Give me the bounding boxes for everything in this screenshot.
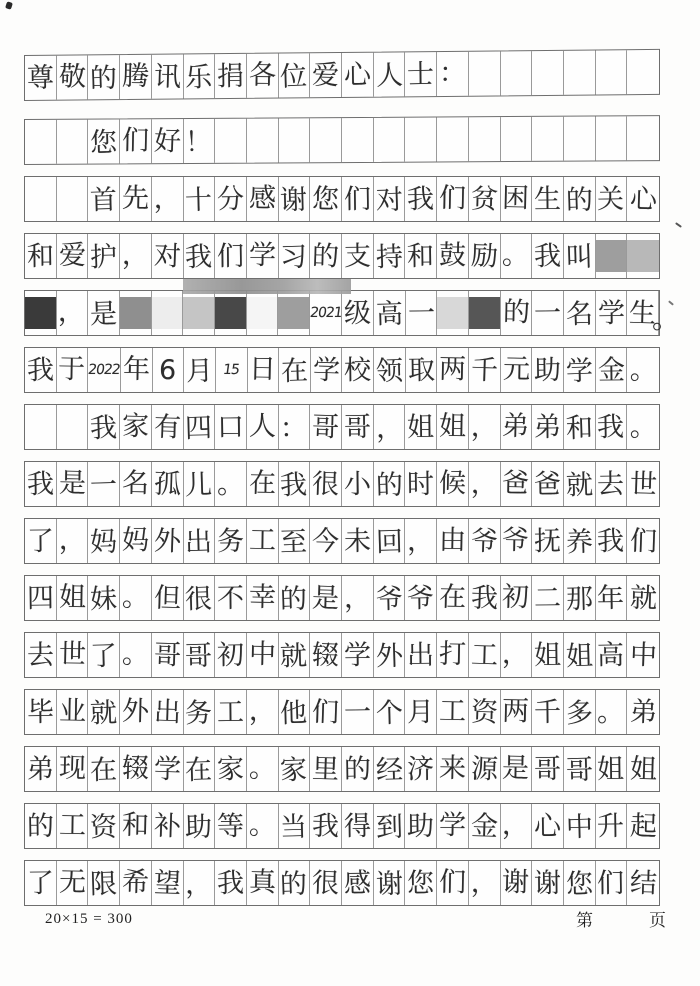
handwritten-character: 初 [502,583,530,611]
grid-cell: 学 [152,747,184,791]
grid-cell: 先 [120,177,152,221]
grid-cell: 爷 [405,576,437,620]
handwritten-character: 不 [217,584,244,611]
scan-speck [5,1,13,10]
grid-cell: 15 [216,348,248,392]
grid-row-3: 首先，十分感谢您们对我们贫困生的关心 [24,176,660,222]
handwritten-character: ， [58,298,86,326]
grid-cell: 哥 [152,633,184,677]
handwritten-character: 哥 [312,413,340,441]
handwritten-character: 。 [502,241,530,269]
grid-cell: 辍 [310,633,342,677]
grid-cell [469,291,501,335]
handwritten-character: 工 [439,697,467,725]
handwritten-character: 了 [90,642,118,670]
grid-cell: 弟 [627,690,659,734]
handwritten-character: 学 [565,357,593,385]
handwritten-character: 很 [185,585,213,613]
grid-cell: 是 [88,291,120,335]
handwritten-character: 心 [344,61,371,89]
grid-cell: 元 [501,348,533,392]
handwritten-character: 姐 [439,412,467,440]
handwritten-character: 学 [344,641,371,668]
grid-cell [247,118,279,162]
handwritten-character: 中 [565,813,593,841]
redaction-block [596,240,627,272]
grid-cell: 士 [405,52,437,96]
grid-cell: 出 [152,690,184,734]
grid-cell: 尊 [25,56,57,100]
grid-cell: ， [152,177,184,221]
handwritten-character: 无 [58,868,86,896]
handwritten-character: 很 [312,869,340,897]
handwritten-character: 我 [27,470,54,497]
grid-cell: 谢 [279,177,311,221]
handwritten-character: 弟 [534,413,561,440]
grid-cell: 弟 [532,405,564,449]
grid-cell: 今 [310,519,342,563]
redaction-block [25,297,56,329]
handwritten-character: 那 [565,585,593,613]
grid-cell: 两 [501,690,533,734]
handwritten-character: 学 [597,299,624,326]
handwritten-character: 金 [597,356,624,383]
handwritten-character: 四 [185,414,213,442]
grid-cell: 我 [25,462,57,506]
grid-cell: 儿 [184,462,216,506]
handwritten-character: 出 [153,698,181,726]
grid-cell [57,120,89,164]
page-prefix-label: 第 [576,906,593,931]
grid-row-14: 的工资和补助等。当我得到助学金，心中升起 [24,803,660,849]
grid-cell: 助 [532,348,564,392]
handwritten-character: 家 [122,412,150,440]
handwritten-character: 我 [280,471,308,499]
grid-cell: 爷 [374,576,406,620]
handwritten-character: 现 [58,754,86,782]
handwritten-character: 就 [280,642,308,670]
handwritten-character: 名 [122,469,150,497]
grid-cell [596,116,628,160]
grid-cell: 们 [120,119,152,163]
grid-cell: 中 [627,633,659,677]
handwritten-character: 爷 [502,526,530,554]
grid-cell [25,120,57,164]
grid-cell: 和 [25,234,57,278]
handwritten-character: 外 [375,642,403,670]
handwritten-character: 姐 [565,642,593,670]
handwritten-character: 的 [344,755,371,782]
handwritten-character: 十 [185,186,213,214]
grid-cell: 资 [88,804,120,848]
handwritten-character: 哥 [153,641,181,669]
grid-cell: 那 [564,576,596,620]
grid-cell: 了 [25,861,57,905]
grid-cell: 世 [627,462,659,506]
handwritten-character: 您 [312,185,340,213]
grid-cell: 对 [374,177,406,221]
grid-cell: 和 [564,405,596,449]
grid-cell [57,405,89,449]
page-number-footer: 第 页 [576,906,666,931]
grid-cell [25,177,57,221]
handwritten-character: 困 [502,184,530,212]
handwritten-character: 感 [248,184,276,212]
grid-cell: 2022 [88,348,121,392]
grid-cell: 在 [247,462,279,506]
grid-cell: ， [469,462,501,506]
handwritten-character: 四 [27,584,54,611]
grid-cell: 我 [215,861,247,905]
grid-cell: 的 [564,177,596,221]
grid-cell: 哥 [532,747,564,791]
grid-cell: 外 [120,690,152,734]
grid-cell: 妈 [120,519,152,563]
handwritten-character: 了 [27,869,54,896]
grid-cell: 年 [596,576,628,620]
handwritten-character: 学 [153,755,181,783]
grid-cell [564,51,596,95]
handwritten-character: 校 [344,356,371,383]
grid-cell: 家 [215,747,247,791]
grid-cell: 外 [152,519,184,563]
grid-cell: 名 [564,291,596,335]
grid-cell: 辍 [120,747,152,791]
grid-cell [627,234,659,278]
handwritten-character: 和 [407,242,434,269]
handwritten-character: 讯 [153,63,181,91]
grid-cell: 业 [57,690,89,734]
grid-row-6: 我于2022年6月15日在学校领取两千元助学金。 [24,347,660,393]
handwritten-character: 业 [58,697,86,725]
handwritten-character: 爸 [534,470,561,497]
grid-cell: 好 [152,119,184,163]
handwritten-character: 一 [90,471,118,499]
handwritten-character: 助 [407,812,434,839]
handwritten-character: 关 [597,185,624,212]
grid-cell: 当 [279,804,311,848]
grid-cell [469,117,501,161]
grid-cell: ， [501,804,533,848]
grid-cell: 讯 [152,54,184,98]
handwritten-character: 各 [248,61,276,88]
grid-cell: 谢 [532,861,564,905]
handwritten-character: 两 [502,697,530,725]
handwritten-character: 。 [248,811,276,839]
grid-cell: 一 [88,462,120,506]
grid-cell: 支 [342,234,374,278]
grid-cell: 金 [469,804,501,848]
grid-cell: 是 [310,576,342,620]
grid-cell [215,119,247,163]
handwritten-character: 到 [375,813,403,841]
handwritten-character: 2022 [87,363,121,377]
grid-cell [532,117,564,161]
handwritten-character: 辍 [312,641,340,669]
grid-cell: 两 [437,348,469,392]
grid-cell: 千 [532,690,564,734]
handwritten-character: 工 [248,526,276,554]
handwritten-character: ， [470,869,498,897]
handwritten-character: 很 [312,470,340,498]
grid-cell: 务 [215,519,247,563]
grid-cell: 您 [310,177,342,221]
grid-cell: 爸 [501,462,533,506]
handwritten-character: 的 [90,64,118,92]
grid-row-8: 我是一名孤儿。在我很小的时候，爸爸就去世 [24,461,660,507]
handwritten-character: 2021 [309,306,343,320]
grid-cell: 了 [25,519,57,563]
handwritten-character: 您 [565,870,593,898]
grid-cell: ， [57,291,89,335]
handwritten-character: 和 [27,242,54,269]
grid-cell: 是 [57,462,89,506]
grid-row-11: 去世了。哥哥初中就辍学外出打工，姐姐高中 [24,632,660,678]
grid-capacity-label: 20×15 = 300 [45,911,133,928]
handwritten-character: 分 [217,185,244,212]
handwritten-character: 我 [534,242,561,269]
grid-cell: 出 [184,519,216,563]
grid-cell: 我 [184,234,216,278]
handwritten-character: 中 [248,640,276,668]
handwritten-character: 爷 [470,527,498,555]
grid-cell: 望 [152,861,184,905]
handwritten-character: 孤 [153,470,181,498]
grid-cell: 很 [310,462,342,506]
grid-cell: 弟 [25,747,57,791]
grid-cell: 助 [184,804,216,848]
handwritten-character: 助 [185,813,213,841]
grid-cell: 哥 [310,405,342,449]
grid-cell: 名 [120,462,152,506]
grid-row-1: 尊敬的腾讯乐捐各位爱心人士： [24,49,660,101]
handwritten-character: 是 [58,469,86,497]
grid-cell: ： [437,52,469,96]
grid-row-4: 和爱护，对我们学习的支持和鼓励。我叫 [24,233,660,279]
handwritten-character: 姐 [534,641,561,668]
handwritten-character: 持 [375,243,403,271]
handwritten-character: 一 [407,299,434,326]
grid-cell: 爷 [469,519,501,563]
handwritten-character: 出 [407,641,434,668]
handwritten-character: 姐 [597,755,624,782]
handwritten-character: 高 [376,300,404,328]
handwritten-character: 的 [27,812,54,839]
handwritten-character: 我 [312,812,340,840]
handwritten-character: 护 [90,243,118,271]
grid-row-12: 毕业就外出务工，他们一个月工资两千多。弟 [24,689,660,735]
handwritten-character: 一 [534,299,561,326]
grid-cell: 助 [405,804,437,848]
grid-cell [596,50,628,94]
grid-cell: 个 [374,690,406,734]
handwritten-character: 去 [597,470,624,497]
handwritten-character: 幸 [248,583,276,611]
grid-cell: 回 [374,519,406,563]
handwritten-character: 资 [470,698,498,726]
grid-cell: 姐 [627,747,659,791]
handwritten-character: 工 [217,698,244,725]
redaction-block [247,297,278,329]
grid-cell: 我 [25,348,57,392]
handwritten-character: 叫 [565,243,593,271]
grid-row-2: 您们好！ [24,115,660,165]
handwritten-character: 在 [439,583,467,611]
grid-cell: 多 [564,690,596,734]
handwritten-character: ， [153,185,181,213]
handwritten-character: 是 [90,300,118,328]
grid-cell: ， [120,234,152,278]
grid-cell: 我 [596,405,628,449]
grid-cell: ， [374,405,406,449]
handwritten-character: ， [375,414,403,442]
grid-cell: 在 [279,348,311,392]
grid-row-9: 了，妈妈外出务工至今未回，由爷爷抚养我们 [24,518,660,564]
handwritten-character: 。 [248,754,276,782]
grid-cell: 很 [310,861,342,905]
grid-row-15: 了无限希望，我真的很感谢您们，谢谢您们结 [24,860,660,906]
grid-cell: 和 [405,234,437,278]
grid-cell: 务 [184,690,216,734]
handwritten-character: 敬 [58,63,86,90]
handwritten-character: 乐 [185,63,213,91]
grid-cell: 打 [437,633,469,677]
grid-cell: 二 [532,576,564,620]
grid-cell: 谢 [501,861,533,905]
handwritten-character: 爷 [375,585,403,613]
handwritten-character: 里 [312,755,340,783]
grid-cell: 心 [627,177,659,221]
grid-cell: 至 [279,519,311,563]
grid-cell: 高 [374,291,406,335]
handwritten-character: 妹 [90,585,118,613]
handwritten-character: 候 [439,469,467,497]
handwritten-character: 爷 [407,584,434,611]
handwritten-character: 养 [565,528,593,556]
handwritten-character: 们 [344,185,371,212]
handwritten-character: 谢 [280,186,308,214]
handwritten-character: 我 [90,414,118,442]
grid-cell: 出 [405,633,437,677]
handwritten-character: 励 [470,242,498,270]
grid-cell: ： [279,405,311,449]
grid-cell: 叫 [564,234,596,278]
handwritten-character: 资 [90,813,118,841]
handwritten-character: 月 [407,698,434,725]
handwritten-character: 是 [312,584,340,612]
handwritten-character: 6 [159,356,177,384]
grid-cell [469,51,501,95]
overflow-punctuation: 。 [652,306,679,333]
handwritten-character: 取 [407,356,434,383]
handwritten-character: ， [248,697,276,725]
handwritten-character: 在 [281,357,309,385]
grid-cell: 我 [310,804,342,848]
page-suffix-label: 页 [649,906,666,931]
grid-cell: 一 [406,291,438,335]
grid-cell: 就 [564,462,596,506]
handwritten-character: 和 [122,811,150,839]
grid-cell: 们 [215,234,247,278]
handwritten-character: 今 [312,527,340,555]
grid-cell: 心 [342,53,374,97]
grid-cell: 一 [532,291,564,335]
grid-cell: ， [469,861,501,905]
grid-cell: 学 [247,234,279,278]
grid-cell: 爸 [532,462,564,506]
grid-cell: 很 [184,576,216,620]
handwritten-character: 务 [185,699,213,727]
handwritten-character: 们 [312,698,340,726]
grid-cell: 等 [215,804,247,848]
grid-cell: 工 [57,804,89,848]
handwritten-character: 姐 [58,583,86,611]
grid-cell: 口 [215,405,247,449]
handwritten-character: 两 [439,355,467,383]
handwritten-character: 腾 [122,62,150,89]
grid-cell: 工 [247,519,279,563]
grid-cell: ， [501,633,533,677]
grid-cell: 鼓 [437,234,469,278]
grid-cell: 的 [279,861,311,905]
handwritten-character: ， [470,413,498,441]
grid-cell [310,118,342,162]
handwritten-character: 起 [629,812,657,840]
grid-cell: 困 [501,177,533,221]
handwritten-character: 们 [217,242,244,269]
grid-cell: 孤 [152,462,184,506]
handwritten-character: 我 [597,413,624,440]
grid-cell: 我 [405,177,437,221]
grid-cell: 在 [88,747,120,791]
handwritten-character: 领 [376,357,404,385]
handwritten-character: 二 [534,584,561,611]
handwritten-character: ， [344,584,371,611]
handwritten-character: 当 [280,813,308,841]
grid-cell: 的 [374,462,406,506]
handwritten-character: 哥 [344,413,371,440]
grid-cell: 升 [596,804,628,848]
grid-cell: 们 [437,861,469,905]
grid-cell: 人 [374,52,406,96]
grid-cell [247,291,279,335]
grid-cell [627,116,659,160]
grid-cell: 了 [88,633,120,677]
grid-cell: 。 [596,690,628,734]
grid-cell [120,291,152,335]
handwritten-character: 妈 [122,526,150,554]
handwritten-character: 我 [27,356,54,383]
handwritten-character: 时 [407,470,434,497]
grid-cell: 持 [374,234,406,278]
handwritten-character: 爱 [58,241,86,269]
grid-cell: 爱 [57,234,89,278]
grid-cell: 。 [247,804,279,848]
grid-cell [342,118,374,162]
handwritten-character: 爸 [502,469,530,497]
handwritten-character: 习 [280,243,308,271]
grid-cell: 就 [88,690,120,734]
handwritten-character: 名 [565,300,593,328]
redaction-block [437,297,468,329]
handwritten-character: 回 [375,528,403,556]
grid-cell: 未 [342,519,374,563]
handwritten-character: 的 [375,471,403,499]
handwritten-character: 的 [502,298,530,326]
handwritten-character: 年 [123,355,151,383]
grid-cell: 2021 [310,291,343,335]
handwritten-character: 。 [122,583,150,611]
